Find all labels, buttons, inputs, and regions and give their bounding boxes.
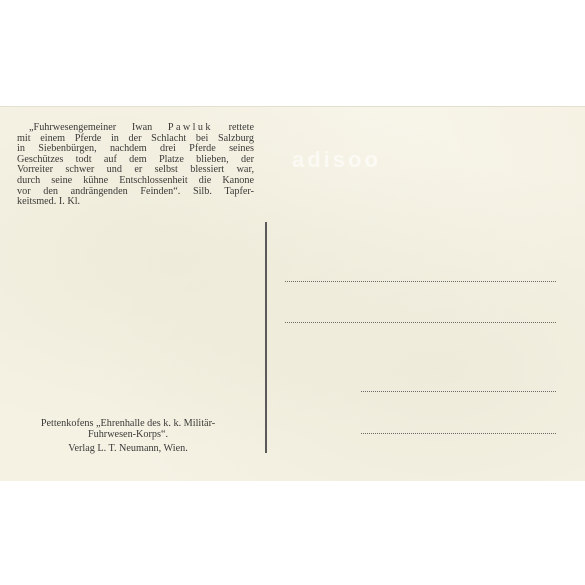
soldier-name: Pawluk bbox=[168, 122, 213, 133]
publisher-line-series: Pettenkofens „Ehrenhalle des k. k. Milit… bbox=[0, 418, 256, 429]
address-line-3 bbox=[361, 391, 556, 392]
citation-text: „Fuhrwesengemeiner Iwan Pawluk rettete m… bbox=[17, 123, 254, 208]
address-line-2 bbox=[285, 322, 556, 323]
address-line-4 bbox=[361, 433, 556, 434]
publisher-line-verlag: Verlag L. T. Neumann, Wien. bbox=[0, 443, 256, 454]
publisher-imprint: Pettenkofens „Ehrenhalle des k. k. Milit… bbox=[0, 418, 256, 455]
postcard-back: adisoo „Fuhrwesengemeiner Iwan Pawluk re… bbox=[0, 106, 585, 481]
publisher-line-series-cont: Fuhrwesen-Korps“. bbox=[0, 429, 256, 440]
watermark: adisoo bbox=[292, 147, 381, 173]
address-line-1 bbox=[285, 281, 556, 282]
citation-line: keitsmed. I. Kl. bbox=[17, 197, 254, 208]
citation-line: „Fuhrwesengemeiner Iwan Pawluk rettete bbox=[17, 123, 254, 134]
vertical-divider bbox=[265, 222, 267, 453]
citation-line: durch seine kühne Entschlossenheit die K… bbox=[17, 176, 254, 187]
